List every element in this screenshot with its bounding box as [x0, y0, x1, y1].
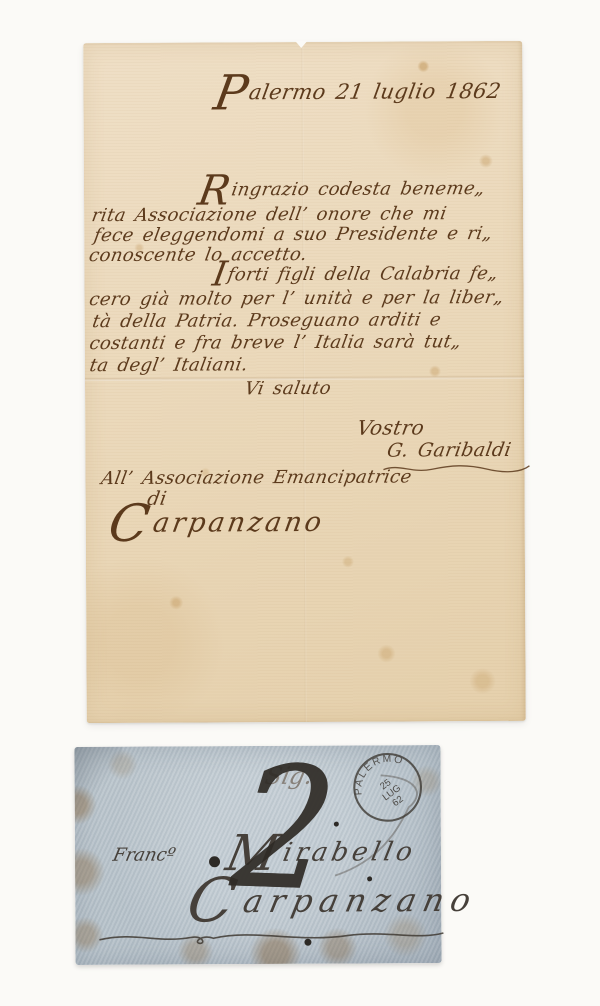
letter-body-line: I forti figli della Calabria fe„ [211, 263, 500, 289]
letter-address-line: Carpanzano [106, 507, 327, 545]
garibaldi-signature: G. Garibaldi [385, 439, 513, 462]
address-underline-flourish [95, 925, 447, 949]
ink-dot [304, 939, 311, 946]
letter-sheet: Palermo 21 luglio 1862 Ringrazio codesta… [83, 41, 526, 723]
ink-dot [209, 856, 220, 867]
letter-body-line: Ringrazio codesta beneme„ [196, 178, 487, 206]
letter-salutation: Vi saluto [243, 378, 333, 399]
letter-body-line: cero già molto per l’ unità e per la lib… [88, 287, 506, 310]
letter-body-line: fece eleggendomi a suo Presidente e ri„ [92, 223, 494, 246]
photo-backdrop: Palermo 21 luglio 1862 Ringrazio codesta… [0, 0, 600, 1006]
letter-body-line: tà della Patria. Proseguano arditi e [91, 309, 443, 332]
letter-closing: Vostro [355, 415, 426, 439]
letter-dateline: Palermo 21 luglio 1862 [212, 79, 503, 112]
paper-edge-notch [295, 41, 307, 48]
letter-body-line: ta degl’ Italiani. [88, 354, 250, 376]
letter-body-line: costanti e fra breve l’ Italia sarà tut„ [88, 331, 463, 354]
letter-address-line: All’ Associazione Emancipatrice [100, 466, 414, 489]
envelope: Sig. Francº Mirabello Carpanzano 2 PALER… [74, 745, 441, 965]
ink-dot [334, 822, 339, 827]
ink-dot [367, 876, 372, 881]
letter-body-line: conoscente lo accetto. [87, 244, 308, 266]
